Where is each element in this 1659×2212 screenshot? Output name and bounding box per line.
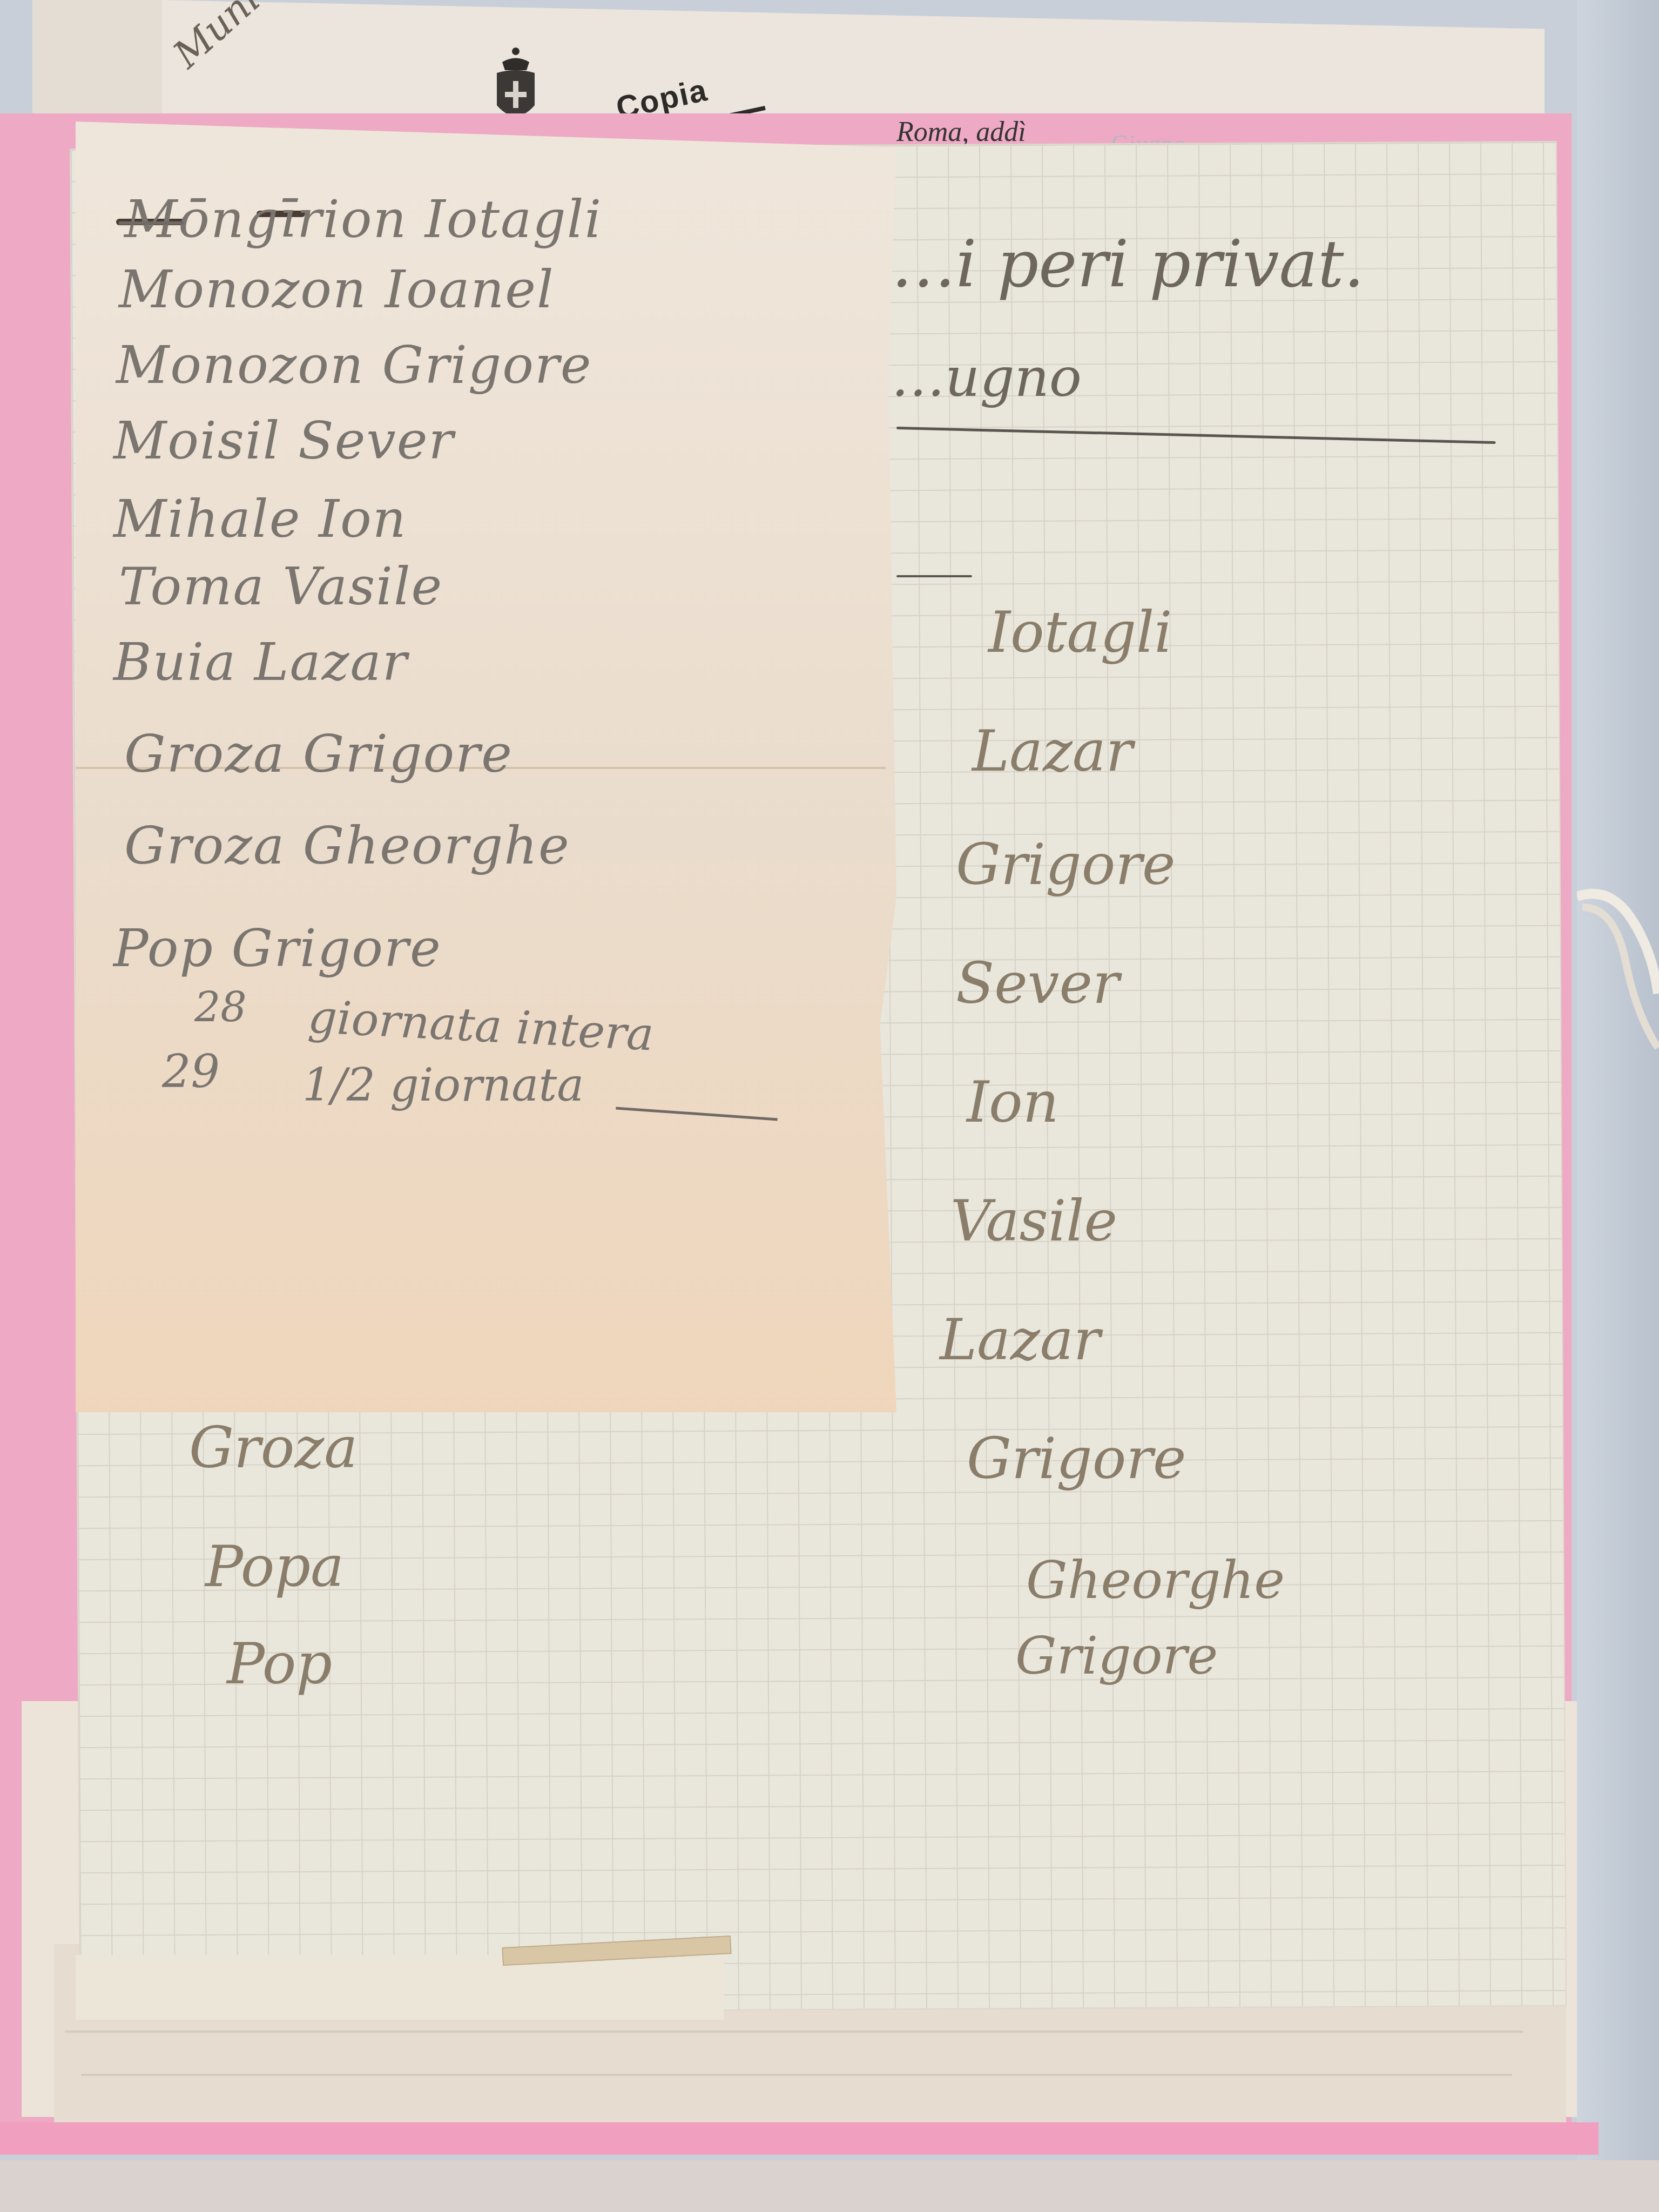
day-number-29: 29	[162, 1045, 220, 1098]
sheet-header-line-1: …i peri privat.	[891, 227, 1365, 302]
list-item: Groza Grigore	[124, 724, 513, 784]
list-item: Moisil Sever	[113, 410, 455, 471]
signature: Iotagli	[988, 599, 1172, 665]
list-item: Mihale Ion	[113, 489, 407, 549]
column-tick	[896, 575, 972, 577]
binding-string-icon	[1577, 886, 1659, 1058]
background-surface-bottom	[0, 2160, 1659, 2212]
sheet-header-line-2: …ugno	[891, 346, 1082, 409]
signature: Popa	[205, 1534, 344, 1600]
list-item: Toma Vasile	[119, 556, 443, 617]
page-edge-line	[65, 2031, 1523, 2033]
signature: Ion	[967, 1069, 1059, 1135]
list-item: Monozon Grigore	[116, 335, 592, 395]
signature: Grigore	[1015, 1626, 1218, 1686]
list-item: Pop Grigore	[113, 918, 442, 979]
signature: Pop	[227, 1631, 332, 1697]
underlying-page-edge	[32, 0, 169, 130]
signature: Gheorghe	[1026, 1550, 1285, 1610]
grid-sheet-torn-edge	[76, 1955, 724, 2020]
pink-folder-edge	[0, 2122, 1599, 2155]
signature: Groza	[189, 1415, 358, 1481]
place-date-prefix: Roma, addì	[896, 116, 1026, 148]
signature: Lazar	[972, 718, 1133, 784]
list-item: Monozon Ioanel	[119, 259, 555, 320]
list-item: Groza Gheorghe	[124, 815, 570, 876]
list-item: Buia Lazar	[113, 632, 408, 692]
signature: Lazar	[940, 1307, 1101, 1373]
list-item: Mōngīrion Iotagli	[124, 189, 602, 249]
day-note-half: 1/2 giornata	[302, 1058, 584, 1111]
strike-mark	[119, 221, 184, 225]
page-edge-line	[81, 2074, 1512, 2076]
signature: Grigore	[967, 1426, 1186, 1492]
signature: Grigore	[956, 832, 1176, 898]
signature: Sever	[956, 950, 1120, 1016]
day-number-28: 28	[194, 983, 247, 1031]
signature: Vasile	[950, 1188, 1117, 1254]
background-surface	[1577, 0, 1659, 2212]
